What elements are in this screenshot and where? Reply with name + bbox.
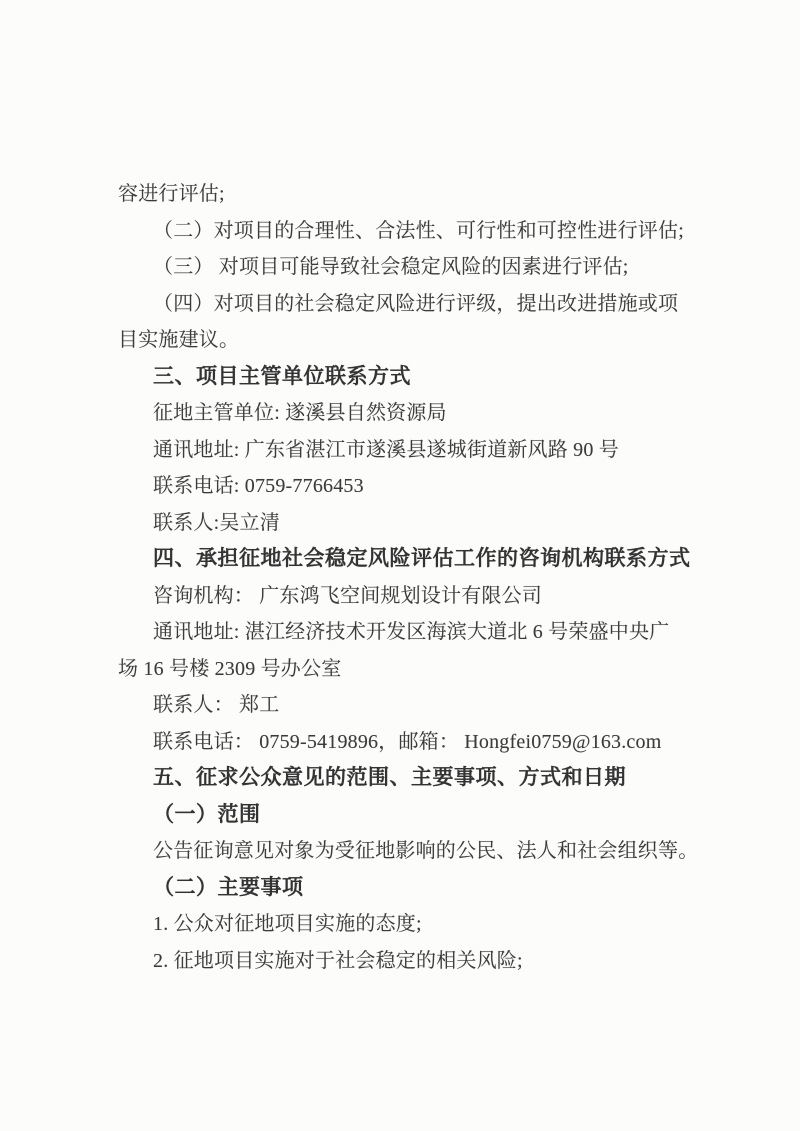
text-line: 通讯地址: 广东省湛江市遂溪县遂城街道新风路 90 号	[118, 432, 718, 469]
text-line: 2. 征地项目实施对于社会稳定的相关风险;	[118, 943, 718, 980]
heading-line: 五、征求公众意见的范围、主要事项、方式和日期	[118, 760, 718, 797]
text-line: 联系电话： 0759-5419896，邮箱： Hongfei0759@163.c…	[118, 724, 718, 761]
text-line: （二）对项目的合理性、合法性、可行性和可控性进行评估;	[118, 213, 718, 250]
text-line: 征地主管单位: 遂溪县自然资源局	[118, 395, 718, 432]
text-line: 联系电话: 0759-7766453	[118, 468, 718, 505]
heading-line: 三、项目主管单位联系方式	[118, 359, 718, 396]
heading-line: （二）主要事项	[118, 870, 718, 907]
document-content: 容进行评估;（二）对项目的合理性、合法性、可行性和可控性进行评估;（三） 对项目…	[118, 176, 718, 979]
text-line: （三） 对项目可能导致社会稳定风险的因素进行评估;	[118, 249, 718, 286]
text-line: 容进行评估;	[118, 176, 718, 213]
document-page: 容进行评估;（二）对项目的合理性、合法性、可行性和可控性进行评估;（三） 对项目…	[0, 0, 800, 1131]
text-line: 联系人： 郑工	[118, 687, 718, 724]
text-line: （四）对项目的社会稳定风险进行评级，提出改进措施或项	[118, 286, 718, 323]
text-line: 场 16 号楼 2309 号办公室	[118, 651, 718, 688]
heading-line: 四、承担征地社会稳定风险评估工作的咨询机构联系方式	[118, 541, 718, 578]
text-line: 咨询机构： 广东鸿飞空间规划设计有限公司	[118, 578, 718, 615]
text-line: 公告征询意见对象为受征地影响的公民、法人和社会组织等。	[118, 833, 718, 870]
text-line: 联系人:吴立清	[118, 505, 718, 542]
text-line: 1. 公众对征地项目实施的态度;	[118, 906, 718, 943]
heading-line: （一）范围	[118, 797, 718, 834]
text-line: 通讯地址: 湛江经济技术开发区海滨大道北 6 号荣盛中央广	[118, 614, 718, 651]
text-line: 目实施建议。	[118, 322, 718, 359]
